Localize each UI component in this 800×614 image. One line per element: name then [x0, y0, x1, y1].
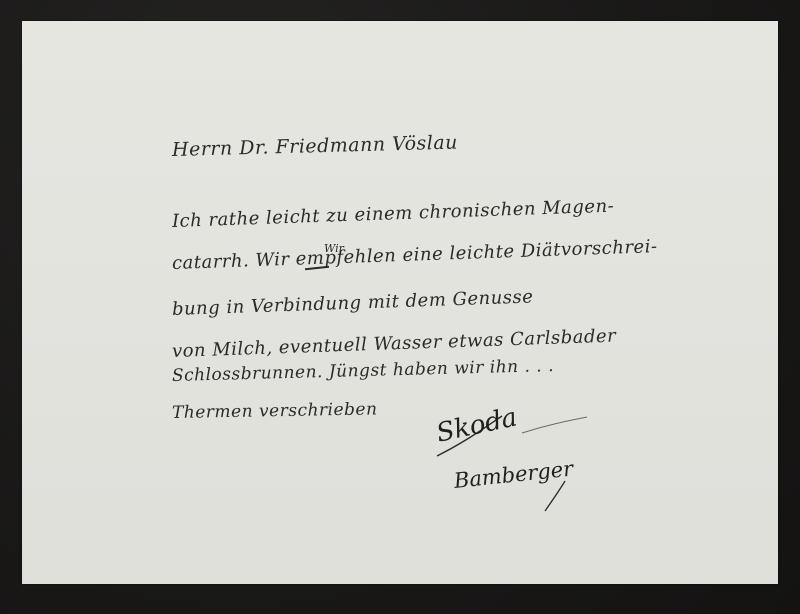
letter-sheet: Herrn Dr. Friedmann Vöslau Ich rathe lei… [22, 21, 778, 584]
body-line-1: Ich rathe leicht zu einem chronischen Ma… [172, 196, 615, 232]
body-line-5: Schlossbrunnen. Jüngst haben wir ihn . .… [172, 356, 555, 386]
addressee-line: Herrn Dr. Friedmann Vöslau [172, 132, 458, 161]
body-line-3: bung in Verbindung mit dem Genusse [172, 286, 534, 320]
body-line-2: catarrh. Wir empfehlen eine leichte Diät… [172, 236, 658, 274]
body-line-6: Thermen verschrieben [172, 399, 378, 423]
